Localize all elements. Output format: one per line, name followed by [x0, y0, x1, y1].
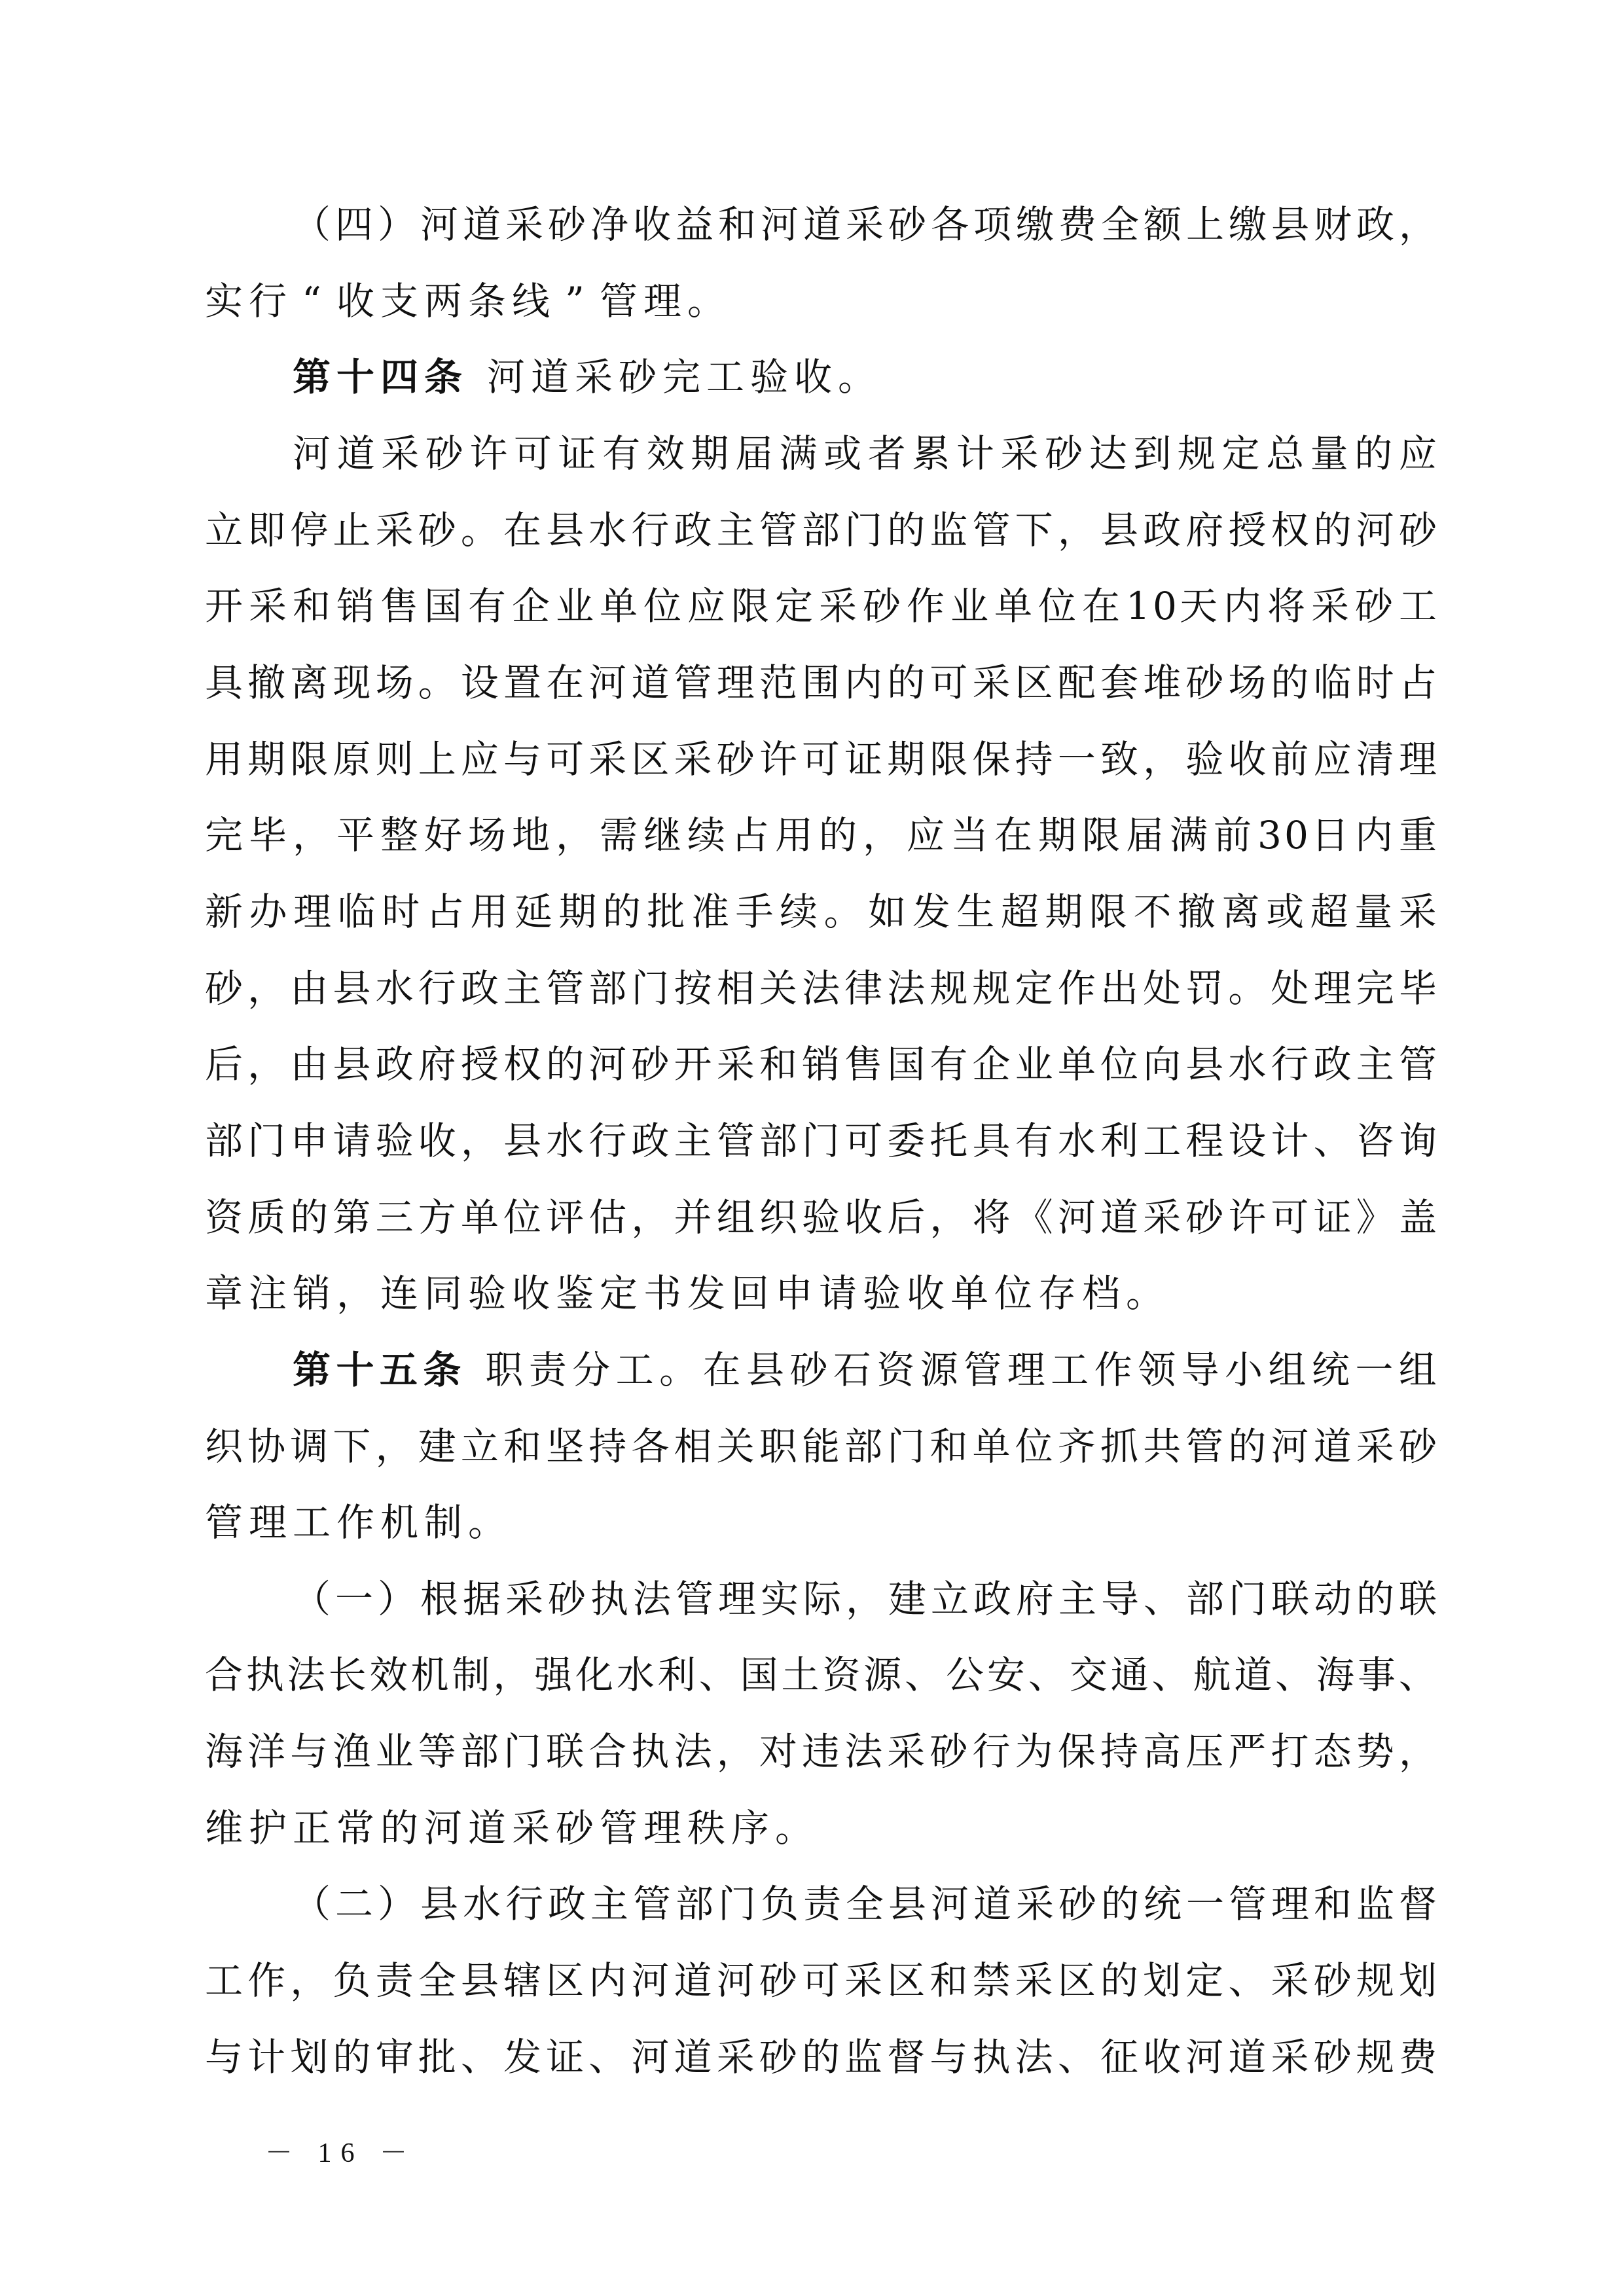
paragraph-line: 织协调下，建立和坚持各相关职能部门和单位齐抓共管的河道采砂	[205, 1408, 1437, 1485]
line-text: 第十五条 职责分工。在县砂石资源管理工作领导小组统一组	[293, 1332, 1437, 1408]
paragraph-line: 新办理临时占用延期的批准手续。如发生超期限不撤离或超量采	[205, 874, 1437, 950]
line-text: （二）县水行政主管部门负责全县河道采砂的统一管理和监督	[293, 1866, 1437, 1943]
line-text: 管理工作机制。	[205, 1484, 1437, 1561]
paragraph-line: 资质的第三方单位评估，并组织验收后，将《河道采砂许可证》盖	[205, 1179, 1437, 1256]
line-text: 后，由县政府授权的河砂开采和销售国有企业单位向县水行政主管	[205, 1026, 1437, 1103]
line-text: 河道采砂许可证有效期届满或者累计采砂达到规定总量的应	[293, 416, 1437, 492]
line-text: 章注销，连同验收鉴定书发回申请验收单位存档。	[205, 1255, 1437, 1332]
line-text: 具撤离现场。设置在河道管理范围内的可采区配套堆砂场的临时占	[205, 645, 1437, 721]
paragraph-line: 与计划的审批、发证、河道采砂的监督与执法、征收河道采砂规费	[205, 2019, 1437, 2096]
line-text: 开采和销售国有企业单位应限定采砂作业单位在10天内将采砂工	[205, 568, 1437, 645]
paragraph-line: 海洋与渔业等部门联合执法，对违法采砂行为保持高压严打态势，	[205, 1713, 1437, 1790]
paragraph-line: 完毕，平整好场地，需继续占用的，应当在期限届满前30日内重	[205, 797, 1437, 874]
paragraph-line: 砂，由县水行政主管部门按相关法律法规规定作出处罚。处理完毕	[205, 950, 1437, 1027]
line-text: 资质的第三方单位评估，并组织验收后，将《河道采砂许可证》盖	[205, 1179, 1437, 1256]
line-text: 海洋与渔业等部门联合执法，对违法采砂行为保持高压严打态势，	[205, 1713, 1437, 1790]
article-heading-line: 第十五条 职责分工。在县砂石资源管理工作领导小组统一组	[205, 1332, 1437, 1408]
body-text: （四）河道采砂净收益和河道采砂各项缴费全额上缴县财政，实行“收支两条线”管理。第…	[205, 187, 1437, 2095]
paragraph-line: 工作，负责全县辖区内河道河砂可采区和禁采区的划定、采砂规划	[205, 1943, 1437, 2019]
line-text: 实行“收支两条线”管理。	[205, 263, 1437, 340]
line-text: （一）根据采砂执法管理实际，建立政府主导、部门联动的联	[293, 1561, 1437, 1638]
paragraph-line: 章注销，连同验收鉴定书发回申请验收单位存档。	[205, 1255, 1437, 1332]
line-text: 新办理临时占用延期的批准手续。如发生超期限不撤离或超量采	[205, 874, 1437, 950]
paragraph-line: （二）县水行政主管部门负责全县河道采砂的统一管理和监督	[205, 1866, 1437, 1943]
paragraph-line: （四）河道采砂净收益和河道采砂各项缴费全额上缴县财政，	[205, 187, 1437, 263]
paragraph-line: 维护正常的河道采砂管理秩序。	[205, 1790, 1437, 1867]
paragraph-line: 后，由县政府授权的河砂开采和销售国有企业单位向县水行政主管	[205, 1026, 1437, 1103]
paragraph-line: 用期限原则上应与可采区采砂许可证期限保持一致，验收前应清理	[205, 721, 1437, 798]
line-text: 部门申请验收，县水行政主管部门可委托具有水利工程设计、咨询	[205, 1103, 1437, 1179]
paragraph-line: 管理工作机制。	[205, 1484, 1437, 1561]
paragraph-line: 河道采砂许可证有效期届满或者累计采砂达到规定总量的应	[205, 416, 1437, 492]
paragraph-line: 部门申请验收，县水行政主管部门可委托具有水利工程设计、咨询	[205, 1103, 1437, 1179]
line-text: 维护正常的河道采砂管理秩序。	[205, 1790, 1437, 1867]
paragraph-line: （一）根据采砂执法管理实际，建立政府主导、部门联动的联	[205, 1561, 1437, 1638]
article-heading-line: 第十四条 河道采砂完工验收。	[205, 339, 1437, 416]
line-text: 与计划的审批、发证、河道采砂的监督与执法、征收河道采砂规费	[205, 2019, 1437, 2096]
page-number: － 16 －	[265, 2135, 416, 2172]
paragraph-line: 立即停止采砂。在县水行政主管部门的监管下，县政府授权的河砂	[205, 492, 1437, 569]
line-text: 第十四条 河道采砂完工验收。	[293, 339, 1437, 416]
line-text: 砂，由县水行政主管部门按相关法律法规规定作出处罚。处理完毕	[205, 950, 1437, 1027]
line-text: 用期限原则上应与可采区采砂许可证期限保持一致，验收前应清理	[205, 721, 1437, 798]
line-text: （四）河道采砂净收益和河道采砂各项缴费全额上缴县财政，	[293, 187, 1437, 263]
paragraph-line: 实行“收支两条线”管理。	[205, 263, 1437, 340]
paragraph-line: 具撤离现场。设置在河道管理范围内的可采区配套堆砂场的临时占	[205, 645, 1437, 721]
line-text: 织协调下，建立和坚持各相关职能部门和单位齐抓共管的河道采砂	[205, 1408, 1437, 1485]
line-text: 立即停止采砂。在县水行政主管部门的监管下，县政府授权的河砂	[205, 492, 1437, 569]
line-text: 工作，负责全县辖区内河道河砂可采区和禁采区的划定、采砂规划	[205, 1943, 1437, 2019]
line-text: 完毕，平整好场地，需继续占用的，应当在期限届满前30日内重	[205, 797, 1437, 874]
paragraph-line: 开采和销售国有企业单位应限定采砂作业单位在10天内将采砂工	[205, 568, 1437, 645]
paragraph-line: 合执法长效机制，强化水利、国土资源、公安、交通、航道、海事、	[205, 1637, 1437, 1713]
document-page: （四）河道采砂净收益和河道采砂各项缴费全额上缴县财政，实行“收支两条线”管理。第…	[0, 0, 1624, 2296]
line-text: 合执法长效机制，强化水利、国土资源、公安、交通、航道、海事、	[205, 1637, 1437, 1713]
